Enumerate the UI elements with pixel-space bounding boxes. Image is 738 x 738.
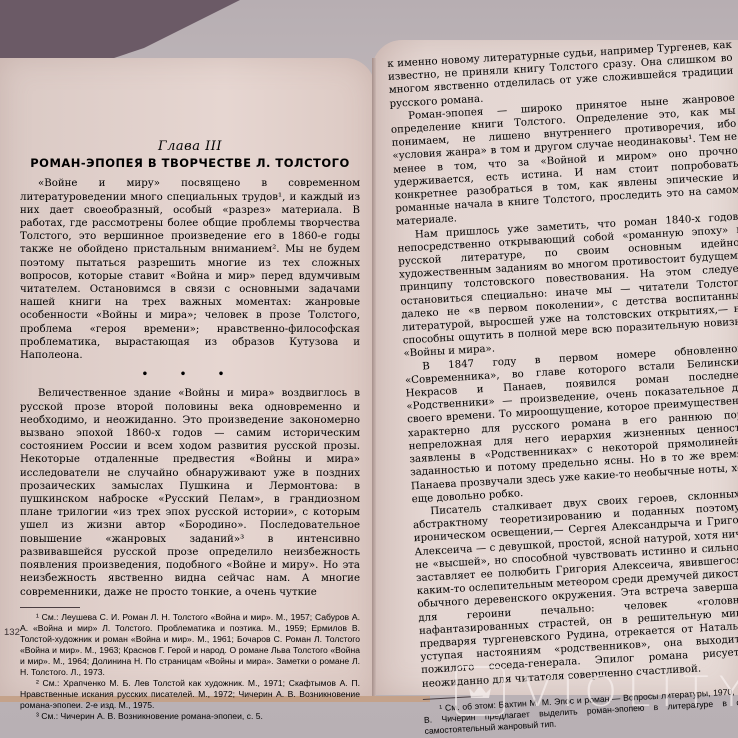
footnote: ² См.: Храпченко М. Б. Лев Толстой как х… bbox=[20, 678, 360, 711]
footnote: ³ См.: Чичерин А. В. Возникновение роман… bbox=[20, 711, 360, 722]
book-spine bbox=[372, 58, 376, 698]
paragraph: Роман-эпопея — широко принятое ныне жанр… bbox=[390, 91, 738, 229]
photo-scene: Глава III РОМАН-ЭПОПЕЯ В ТВОРЧЕСТВЕ Л. Т… bbox=[0, 0, 738, 738]
paragraph: Величественное здание «Войны и мира» воз… bbox=[20, 387, 360, 598]
footnotes: ¹ См.: Леушева С. И. Роман Л. Н. Толстог… bbox=[20, 612, 360, 722]
paragraph: «Войне и миру» посвящено в современном л… bbox=[20, 177, 360, 362]
crown-icon bbox=[455, 666, 505, 716]
footnote-rule bbox=[20, 607, 80, 608]
footnote: ¹ См.: Леушева С. И. Роман Л. Н. Толстог… bbox=[20, 612, 360, 678]
left-page-text: Глава III РОМАН-ЭПОПЕЯ В ТВОРЧЕСТВЕ Л. Т… bbox=[20, 140, 360, 722]
chapter-label: Глава III bbox=[20, 140, 360, 153]
paragraph: Нам пришлось уже заметить, что роман 184… bbox=[397, 210, 738, 361]
watermark-text: VIOLITY bbox=[523, 667, 738, 716]
paragraph: В 1847 году в первом номере обновленного… bbox=[404, 342, 738, 506]
right-page-text: к именно новому литературные судьи, напр… bbox=[387, 39, 738, 737]
chapter-title: РОМАН-ЭПОПЕЯ В ТВОРЧЕСТВЕ Л. ТОЛСТОГО bbox=[20, 157, 360, 170]
page-number: 132 bbox=[4, 627, 20, 638]
section-separator: • • • bbox=[20, 368, 360, 381]
watermark: VIOLITY bbox=[455, 666, 738, 716]
paragraph: Писатель сталкивает двух своих героев, с… bbox=[412, 487, 738, 691]
